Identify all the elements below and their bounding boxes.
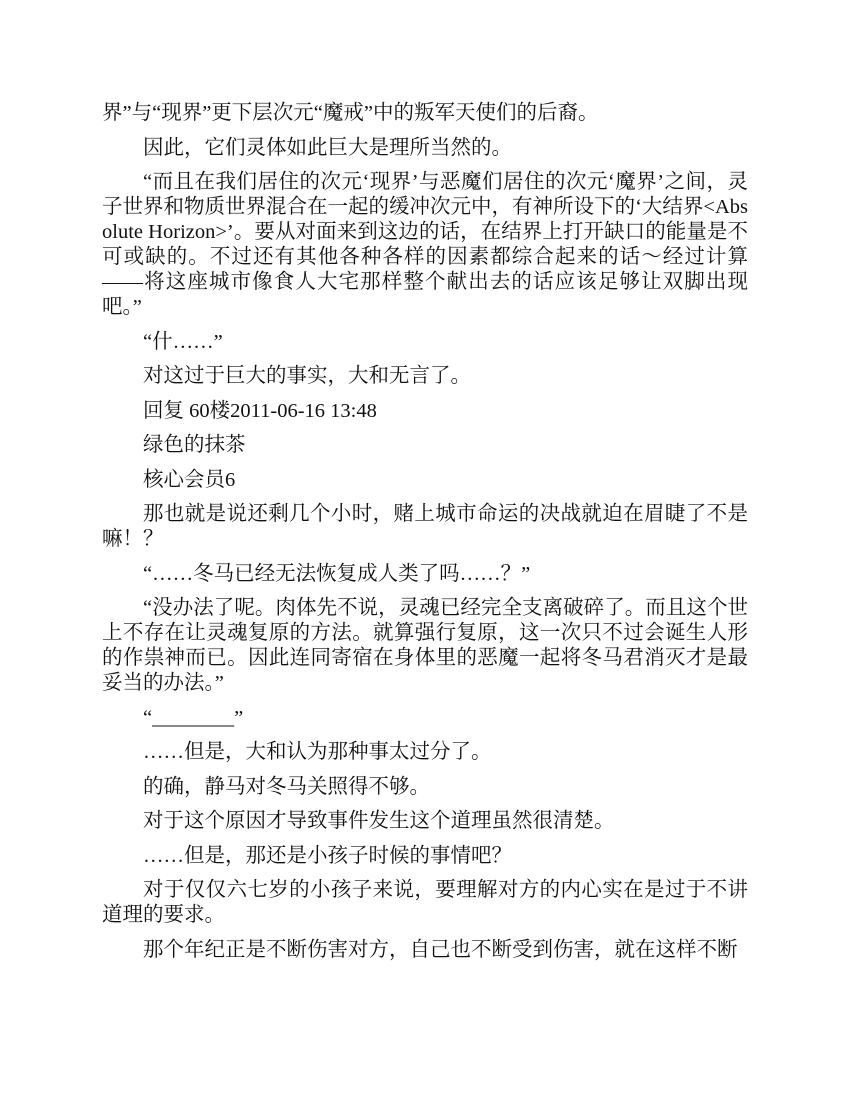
paragraph: ……但是，那还是小孩子时候的事情吧？ (102, 844, 748, 869)
paragraph: 界”与“现界”更下层次元“魔戒”中的叛军天使们的后裔。 (102, 101, 748, 126)
paragraph: 那个年纪正是不断伤害对方，自己也不断受到伤害，就在这样不断 (102, 938, 748, 963)
paragraph: “而且在我们居住的次元‘现界’与恶魔们居住的次元‘魔界’之间，灵子世界和物质世界… (102, 170, 748, 320)
paragraph: “什……” (102, 330, 748, 355)
paragraph: “……冬马已经无法恢复成人类了吗……？” (102, 562, 748, 587)
paragraph: 对这过于巨大的事实，大和无言了。 (102, 364, 748, 389)
reply-author-rank: 核心会员6 (102, 468, 748, 493)
document-page: 界”与“现界”更下层次元“魔戒”中的叛军天使们的后裔。 因此，它们灵体如此巨大是… (102, 101, 748, 972)
reply-floor-timestamp: 回复 60楼2011-06-16 13:48 (102, 399, 748, 424)
paragraph: 对于这个原因才导致事件发生这个道理虽然很清楚。 (102, 809, 748, 834)
reply-author-name: 绿色的抹茶 (102, 433, 748, 458)
paragraph: 对于仅仅六七岁的小孩子来说，要理解对方的内心实在是过于不讲道理的要求。 (102, 878, 748, 928)
paragraph: 那也就是说还剩几个小时，赌上城市命运的决战就迫在眉睫了不是嘛！？ (102, 502, 748, 552)
paragraph: “没办法了呢。肉体先不说，灵魂已经完全支离破碎了。而且这个世上不存在让灵魂复原的… (102, 596, 748, 696)
paragraph-blank-dialogue: “________” (102, 706, 748, 731)
paragraph: 因此，它们灵体如此巨大是理所当然的。 (102, 136, 748, 161)
paragraph: 的确，静马对冬马关照得不够。 (102, 775, 748, 800)
paragraph: ……但是，大和认为那种事太过分了。 (102, 740, 748, 765)
